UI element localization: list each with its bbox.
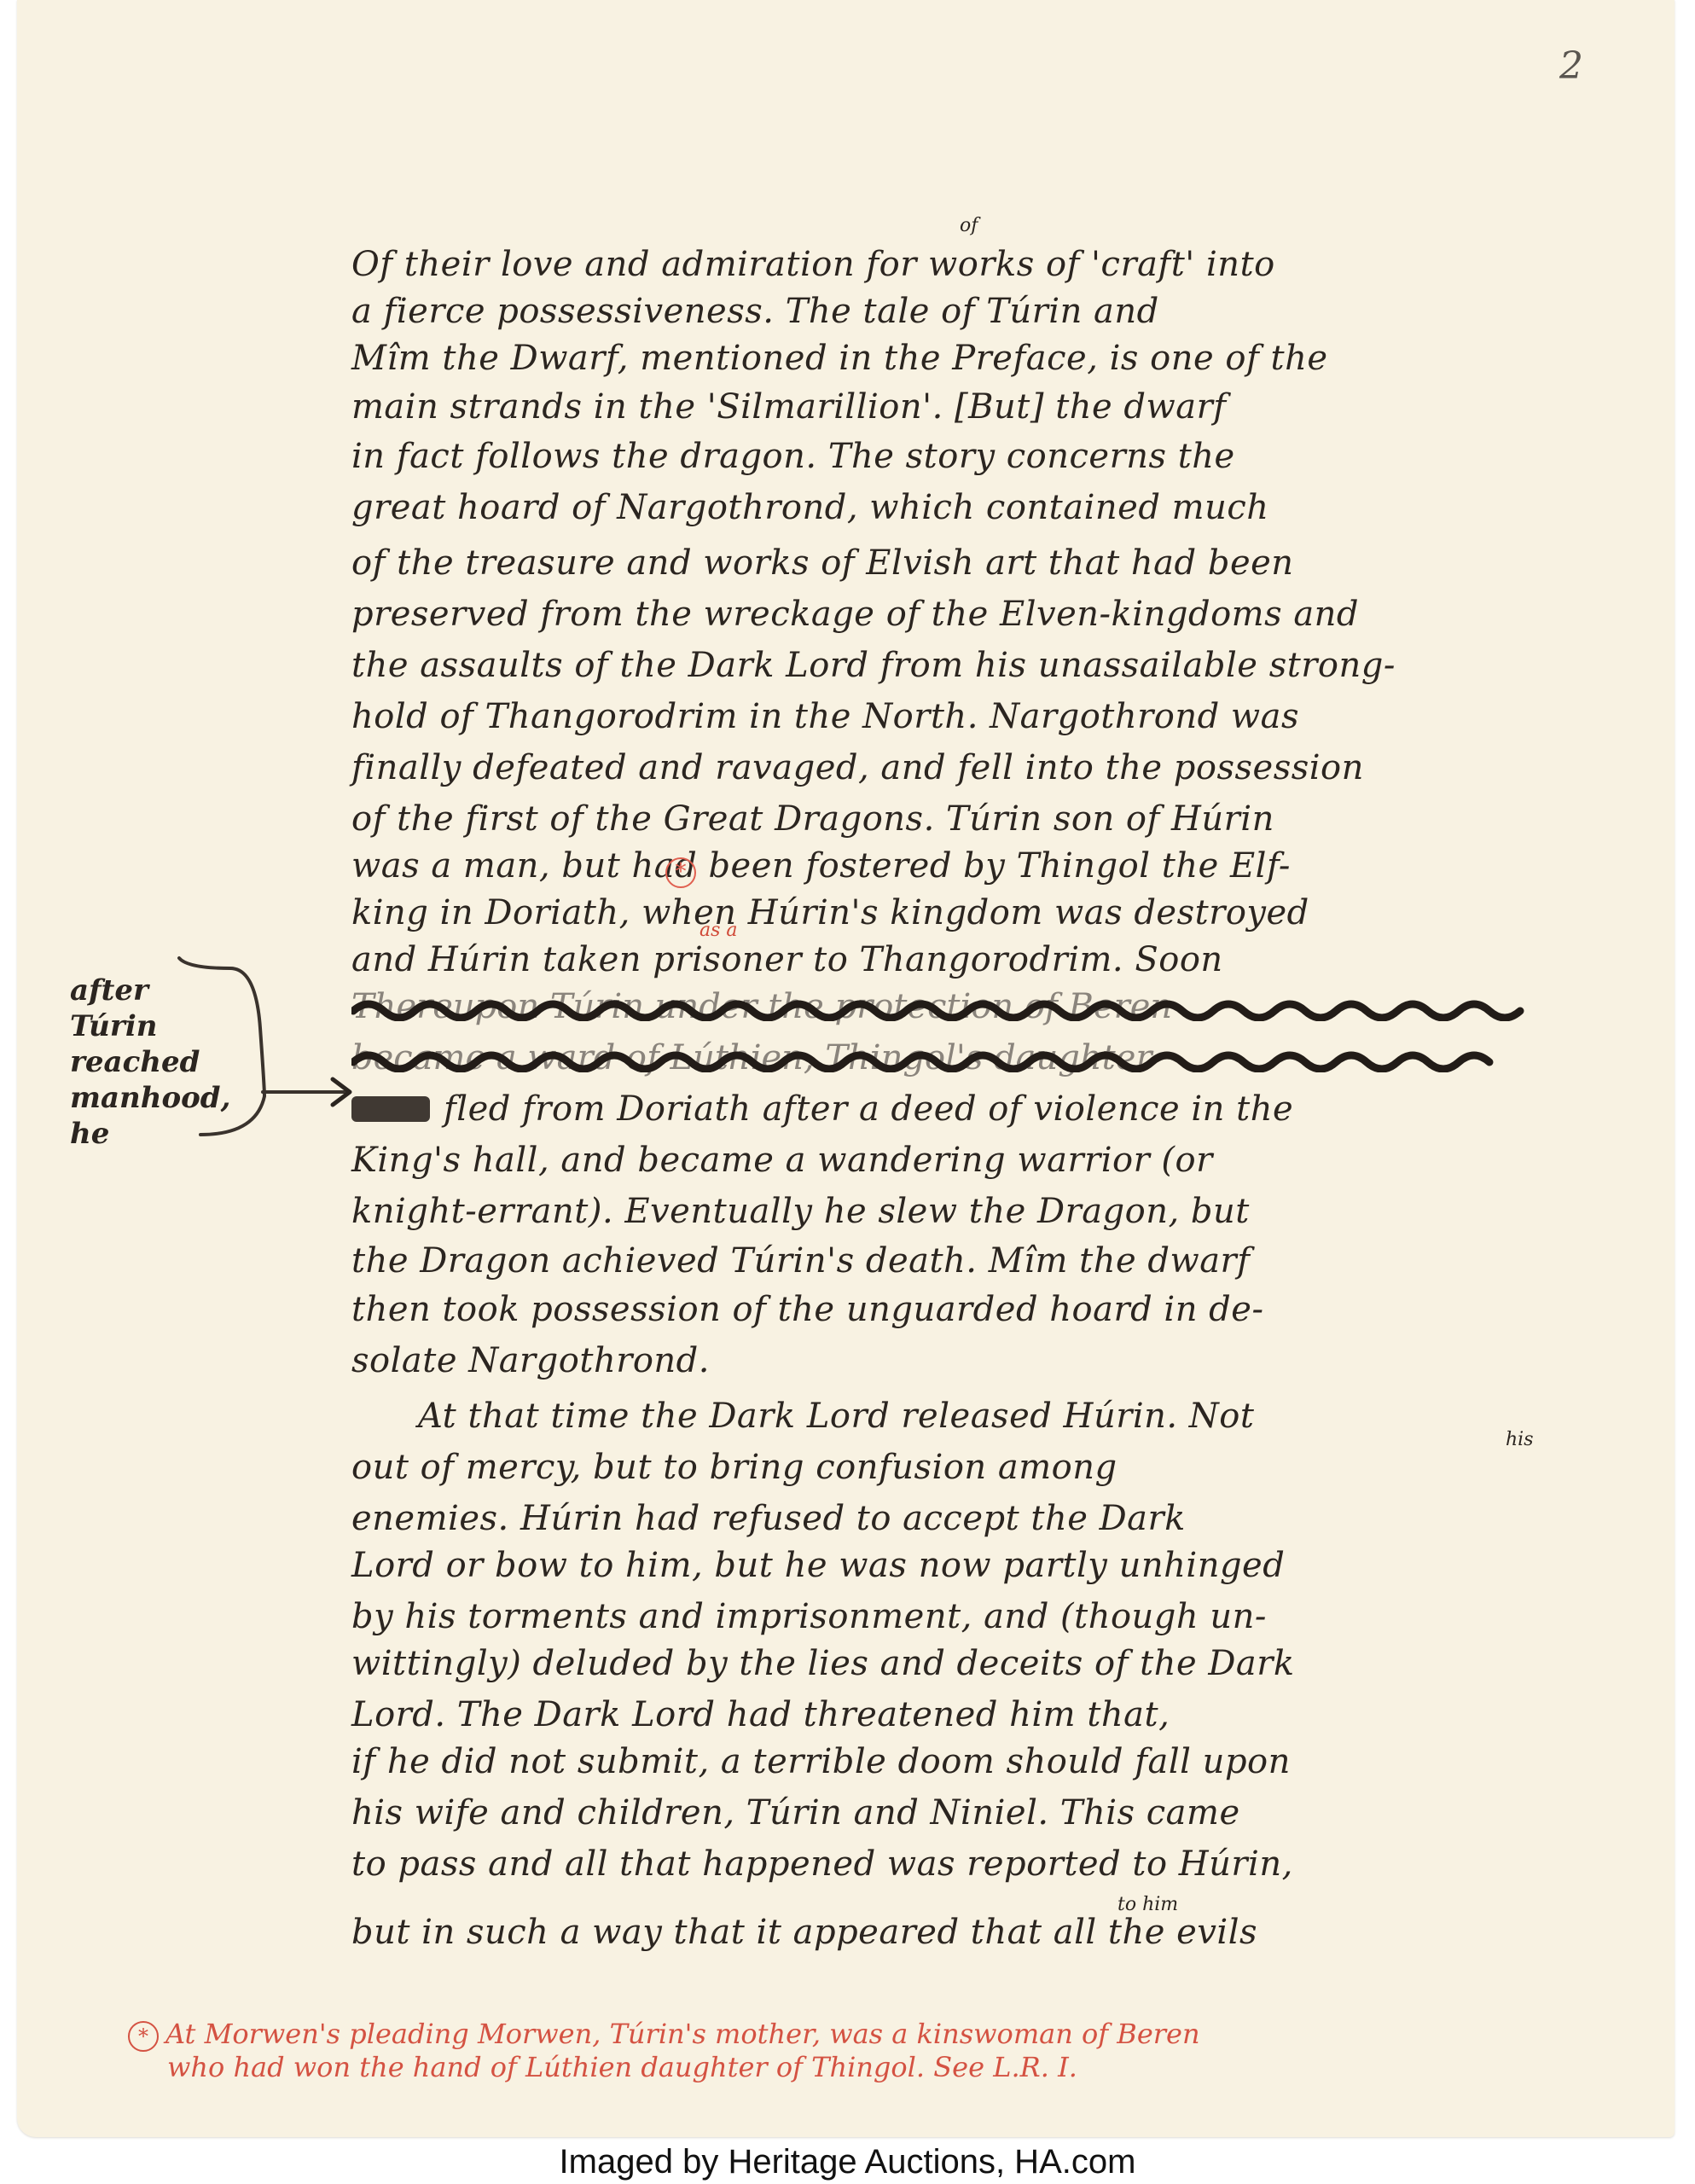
insertion-arrow-icon <box>162 951 367 1147</box>
manuscript-line-6: great hoard of Nargothrond, which contai… <box>351 491 1269 525</box>
manuscript-page: 2 of Of their love and admiration for wo… <box>17 0 1675 2137</box>
manuscript-line-3: Mîm the Dwarf, mentioned in the Preface,… <box>351 341 1328 375</box>
manuscript-line-13: was a man, but had been fostered by Thin… <box>351 849 1291 883</box>
manuscript-line-18: fled from Doriath after a deed of violen… <box>444 1092 1293 1126</box>
manuscript-line-1: Of their love and admiration for works o… <box>351 247 1275 282</box>
manuscript-line-11: finally defeated and ravaged, and fell i… <box>351 751 1364 785</box>
manuscript-line-29: wittingly) deluded by the lies and decei… <box>351 1647 1295 1681</box>
footnote-line-2: who had won the hand of Lúthien daughter… <box>128 2052 1200 2082</box>
footnote-reference-mark: * <box>665 857 696 888</box>
manuscript-line-4: main strands in the 'Silmarillion'. [But… <box>351 390 1227 424</box>
manuscript-line-2: a fierce possessiveness. The tale of Túr… <box>351 294 1159 328</box>
manuscript-line-10: hold of Thangorodrim in the North. Nargo… <box>351 700 1299 734</box>
image-credit: Imaged by Heritage Auctions, HA.com <box>0 2143 1695 2181</box>
manuscript-line-34: but in such a way that it appeared that … <box>351 1915 1257 1949</box>
insertion-his: his <box>1506 1429 1534 1450</box>
footnote: *At Morwen's pleading Morwen, Túrin's mo… <box>128 2018 1200 2082</box>
footnote-line-1: At Morwen's pleading Morwen, Túrin's mot… <box>165 2018 1200 2050</box>
manuscript-line-19: King's hall, and became a wandering warr… <box>351 1143 1213 1177</box>
struck-out-line-1: Thereupon Túrin under the protection of … <box>351 992 1533 1021</box>
manuscript-line-27: Lord or bow to him, but he was now partl… <box>351 1548 1285 1583</box>
manuscript-line-8: preserved from the wreckage of the Elven… <box>351 597 1359 631</box>
manuscript-line-12: of the first of the Great Dragons. Túrin… <box>351 802 1274 836</box>
manuscript-line-30: Lord. The Dark Lord had threatened him t… <box>351 1698 1170 1732</box>
manuscript-line-15: and Húrin taken prisoner to Thangorodrim… <box>351 943 1223 977</box>
insertion-as-a: as a <box>699 920 738 941</box>
manuscript-line-32: his wife and children, Túrin and Niniel.… <box>351 1796 1240 1830</box>
manuscript-line-28: by his torments and imprisonment, and (t… <box>351 1600 1267 1634</box>
manuscript-line-5: in fact follows the dragon. The story co… <box>351 439 1235 473</box>
manuscript-line-14: king in Doriath, when Húrin's kingdom wa… <box>351 896 1309 930</box>
footnote-asterisk-icon: * <box>128 2021 159 2052</box>
manuscript-line-31: if he did not submit, a terrible doom sh… <box>351 1745 1291 1779</box>
scribble-strikeout-icon <box>351 992 1533 1021</box>
manuscript-line-21: the Dragon achieved Túrin's death. Mîm t… <box>351 1244 1250 1278</box>
insertion-of: of <box>960 215 978 236</box>
manuscript-line-7: of the treasure and works of Elvish art … <box>351 546 1294 580</box>
manuscript-line-25: out of mercy, but to bring confusion amo… <box>351 1450 1117 1484</box>
manuscript-line-20: knight-errant). Eventually he slew the D… <box>351 1194 1250 1228</box>
manuscript-line-33: to pass and all that happened was report… <box>351 1847 1293 1881</box>
manuscript-line-26: enemies. Húrin had refused to accept the… <box>351 1501 1186 1536</box>
scribble-strikeout-icon <box>351 1043 1512 1072</box>
manuscript-line-9: the assaults of the Dark Lord from his u… <box>351 648 1396 682</box>
struck-word-blot <box>351 1096 430 1122</box>
manuscript-line-23: solate Nargothrond. <box>351 1344 710 1378</box>
page-number: 2 <box>1559 44 1583 88</box>
struck-out-line-2: became a ward of Lúthien, Thingol's daug… <box>351 1043 1512 1072</box>
manuscript-line-24: At that time the Dark Lord released Húri… <box>418 1399 1254 1433</box>
manuscript-line-22: then took possession of the unguarded ho… <box>351 1292 1263 1327</box>
